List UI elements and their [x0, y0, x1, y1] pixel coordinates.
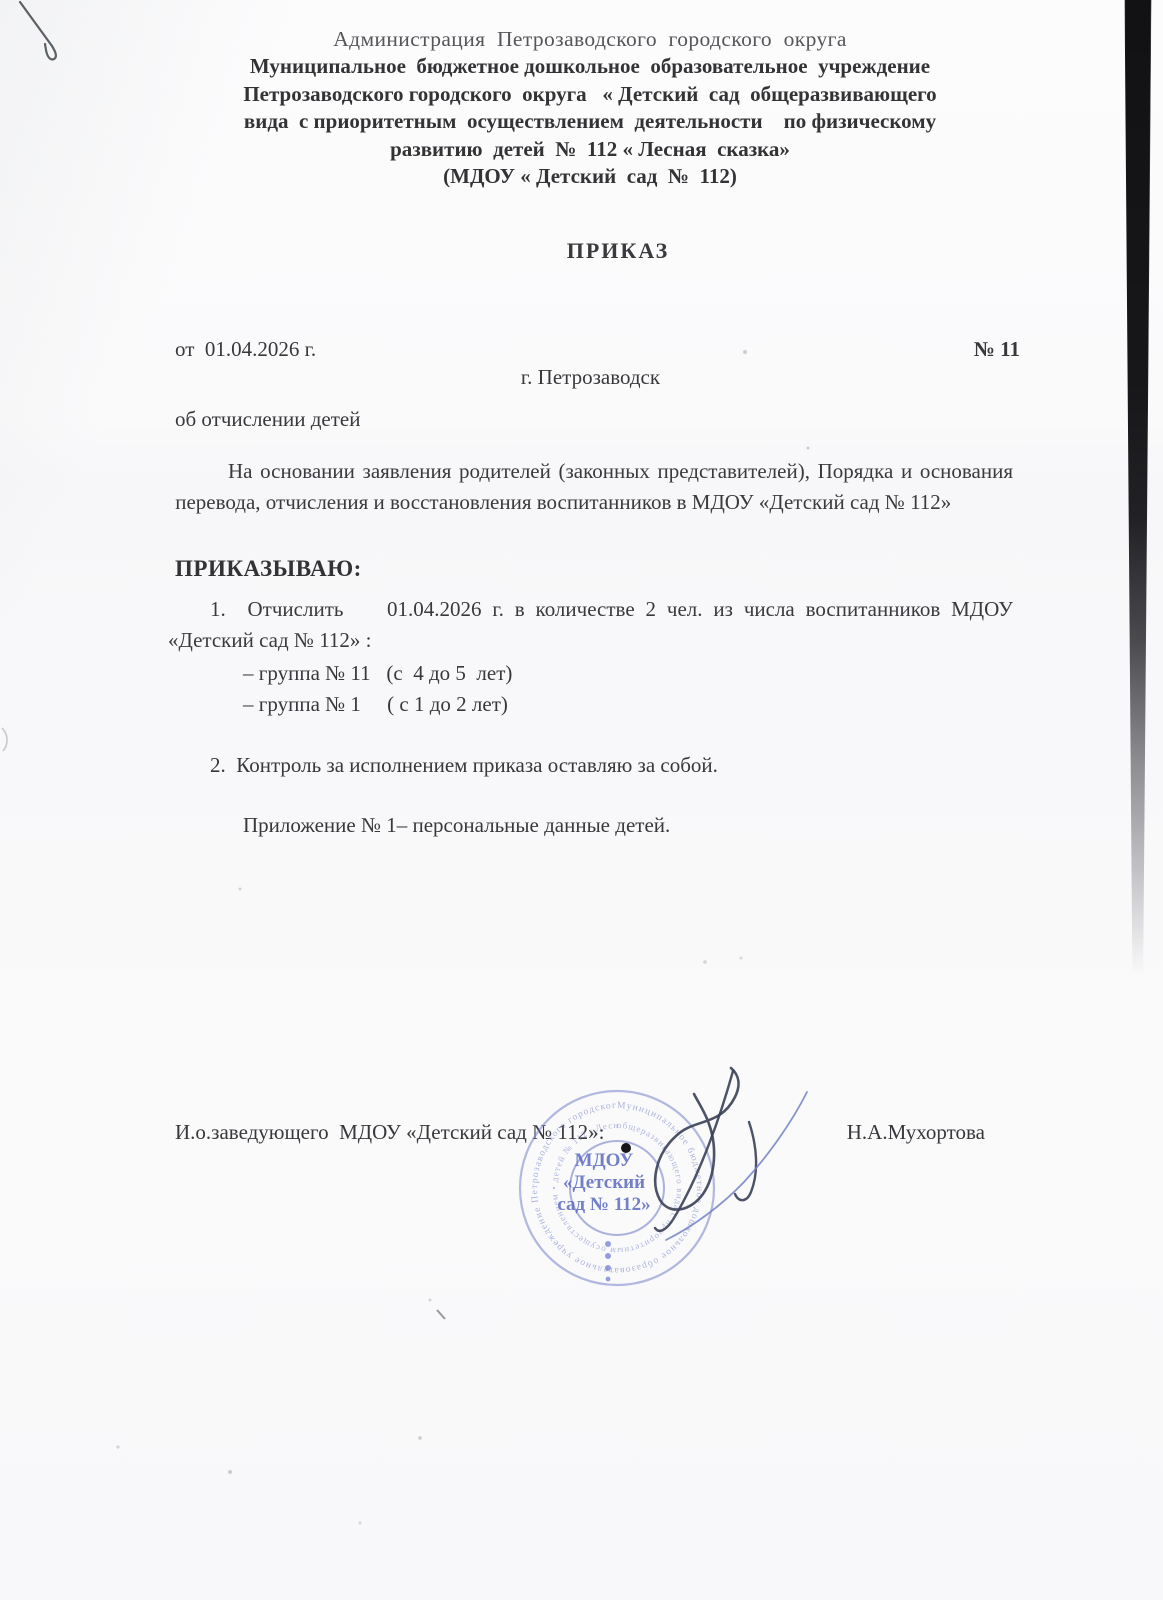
group-line: – группа № 1 ( с 1 до 2 лет)	[243, 689, 512, 720]
scratch-mark-icon	[20, 2, 56, 59]
header-institution-line: вида с приоритетным осуществлением деяте…	[180, 108, 1000, 135]
signature-ink	[540, 1050, 840, 1280]
scanned-order-document: Администрация Петрозаводского городского…	[0, 0, 1163, 1600]
group-line: – группа № 11 (с 4 до 5 лет)	[243, 658, 512, 689]
order-number: № 11	[974, 334, 1020, 364]
document-header: Администрация Петрозаводского городского…	[180, 26, 1000, 190]
city-line: г. Петрозаводск	[168, 362, 1013, 392]
document-title: ПРИКАЗ	[193, 238, 1043, 264]
official-stamp-icon: Муниципальное бюджетное дошкольное образ…	[505, 1074, 731, 1304]
order-word: ПРИКАЗЫВАЮ:	[175, 556, 362, 582]
header-institution-line: Петрозаводского городского округа « Детс…	[180, 81, 1000, 108]
header-institution-line: развитию детей № 112 « Лесная сказка»	[180, 136, 1000, 163]
header-institution-short-name: (МДОУ « Детский сад № 112)	[180, 163, 1000, 190]
header-administration-line: Администрация Петрозаводского городского…	[180, 26, 1000, 53]
attachment-line: Приложение № 1– персональные данные дете…	[243, 810, 670, 840]
scan-specks	[116, 350, 809, 1525]
signature-row: И.о.заведующего МДОУ «Детский сад № 112»…	[175, 1117, 985, 1147]
signature-position-label: И.о.заведующего МДОУ «Детский сад № 112»…	[175, 1117, 604, 1147]
stamp-center-line: МДОУ	[575, 1150, 634, 1171]
stamp-divider-dots	[605, 1241, 611, 1281]
signatory-name: Н.А.Мухортова	[847, 1117, 985, 1147]
scan-edge-band	[1117, 0, 1151, 1004]
stamp-center-line: «Детский	[563, 1172, 645, 1193]
order-date: от 01.04.2026 г.	[175, 334, 316, 364]
order-item-2: 2. Контроль за исполнением приказа остав…	[210, 750, 718, 780]
stamp-center-line: сад № 112»	[557, 1194, 650, 1215]
subject-line: об отчислении детей	[175, 404, 360, 434]
left-edge-mark	[2, 728, 7, 751]
date-number-row: от 01.04.2026 г. № 11	[175, 334, 1020, 364]
group-list: – группа № 11 (с 4 до 5 лет) – группа № …	[243, 658, 512, 720]
header-institution-line: Муниципальное бюджетное дошкольное образ…	[180, 53, 1000, 80]
preamble-paragraph: На основании заявления родителей (законн…	[170, 456, 1013, 518]
order-item-1: 1. Отчислить 01.04.2026 г. в количестве …	[168, 594, 1013, 656]
